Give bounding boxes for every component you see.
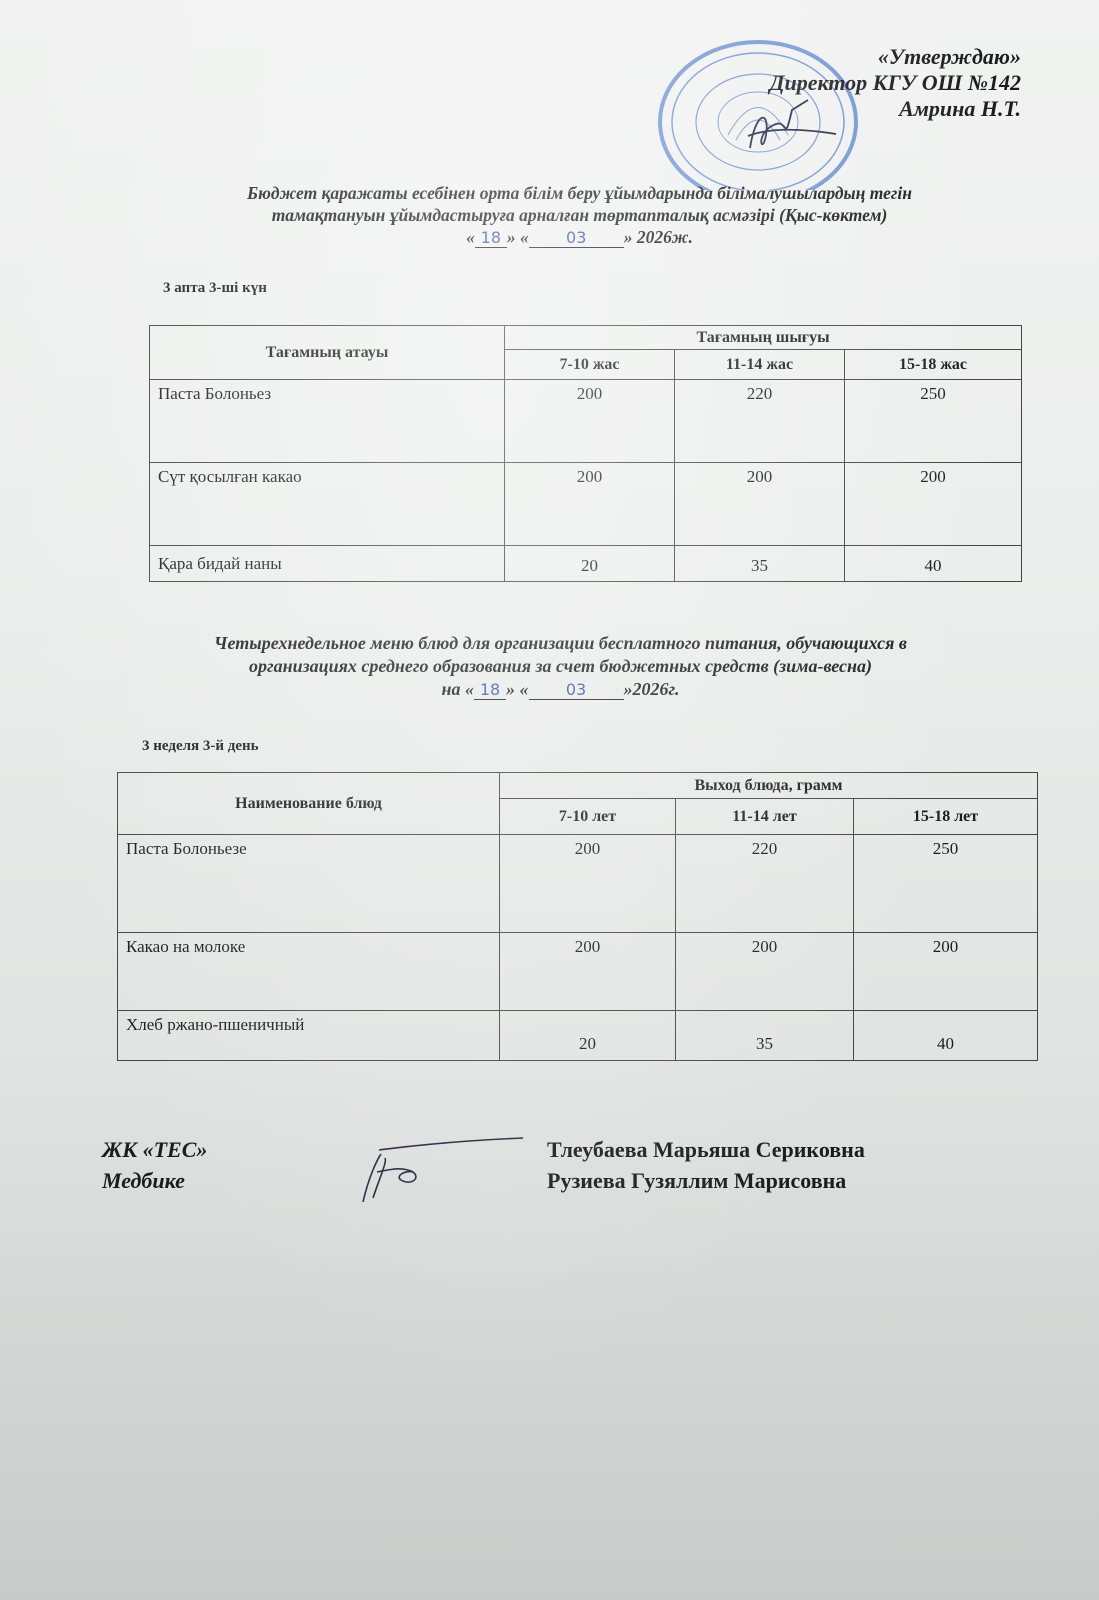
portion-value: 200 (505, 463, 675, 546)
dish-name: Хлеб ржано-пшеничный (118, 1011, 500, 1061)
portion-value: 220 (675, 380, 845, 463)
ru-menu-table: Наименование блюд Выход блюда, грамм 7-1… (117, 772, 1038, 1061)
person-name: Рузиева Гузяллим Марисовна (547, 1165, 865, 1196)
table-row: Какао на молоке 200 200 200 (118, 933, 1038, 1011)
kz-menu-table: Тағамның атауы Тағамның шығуы 7-10 жас 1… (149, 325, 1022, 582)
organization-name: ЖК «ТЕС» (102, 1134, 207, 1165)
kz-date-line: «18» «03» 2026ж. (466, 226, 693, 248)
responsible-persons: Тлеубаева Марьяша Сериковна Рузиева Гузя… (547, 1134, 865, 1196)
kz-date-mid: » « (507, 227, 529, 247)
ru-week-day-label: 3 неделя 3-й день (142, 738, 259, 755)
portion-value: 250 (845, 380, 1022, 463)
portion-value: 220 (676, 835, 854, 933)
kz-dish-name-header: Тағамның атауы (150, 326, 505, 380)
ru-age-header: 11-14 лет (676, 799, 854, 835)
kz-age-header: 15-18 жас (845, 350, 1022, 380)
portion-value: 40 (845, 546, 1022, 582)
portion-value: 200 (676, 933, 854, 1011)
ru-date-year: »2026г. (624, 679, 680, 699)
table-row: Сүт қосылған какао 200 200 200 (150, 463, 1022, 546)
table-row: Паста Болоньез 200 220 250 (150, 380, 1022, 463)
portion-value: 35 (676, 1011, 854, 1061)
portion-value: 200 (500, 835, 676, 933)
nurse-signature-icon (355, 1136, 525, 1206)
portion-value: 200 (845, 463, 1022, 546)
kz-date-month: 03 (529, 229, 624, 248)
table-row: Хлеб ржано-пшеничный 20 35 40 (118, 1011, 1038, 1061)
dish-name: Қара бидай наны (150, 546, 505, 582)
nurse-role: Медбике (102, 1165, 207, 1196)
ru-title-line-1: Четырехнедельное меню блюд для организац… (22, 632, 1099, 655)
dish-name: Какао на молоке (118, 933, 500, 1011)
approval-director-name: Амрина Н.Т. (769, 96, 1021, 122)
portion-value: 200 (675, 463, 845, 546)
kz-yield-header: Тағамның шығуы (505, 326, 1022, 350)
table-row: Қара бидай наны 20 35 40 (150, 546, 1022, 582)
scanned-document-page: «Утверждаю» Директор КГУ ОШ №142 Амрина … (0, 0, 1099, 1600)
ru-date-line: на «18» «03»2026г. (442, 678, 680, 701)
ru-dish-name-header: Наименование блюд (118, 773, 500, 835)
ru-menu-title: Четырехнедельное меню блюд для организац… (0, 632, 1099, 701)
ru-age-header: 15-18 лет (854, 799, 1038, 835)
ru-date-month: 03 (529, 681, 624, 700)
ru-yield-header: Выход блюда, грамм (500, 773, 1038, 799)
portion-value: 20 (505, 546, 675, 582)
ru-date-day: 18 (474, 681, 506, 700)
dish-name: Сүт қосылған какао (150, 463, 505, 546)
portion-value: 35 (675, 546, 845, 582)
kz-week-day-label: 3 апта 3-ші күн (163, 280, 267, 297)
ru-title-line-2: организациях среднего образования за сче… (22, 655, 1099, 678)
portion-value: 200 (505, 380, 675, 463)
person-name: Тлеубаева Марьяша Сериковна (547, 1134, 865, 1165)
dish-name: Паста Болоньез (150, 380, 505, 463)
kz-age-header: 11-14 жас (675, 350, 845, 380)
table-row: Паста Болоньезе 200 220 250 (118, 835, 1038, 933)
portion-value: 200 (854, 933, 1038, 1011)
ru-date-mid: » « (506, 679, 529, 699)
kz-date-open: « (466, 227, 475, 247)
approval-director-title: Директор КГУ ОШ №142 (769, 70, 1021, 96)
kz-title-line-1: Бюджет қаражаты есебінен орта білім беру… (60, 182, 1099, 204)
organization-block: ЖК «ТЕС» Медбике (102, 1134, 207, 1196)
ru-date-prefix: на « (442, 679, 475, 699)
kz-age-header: 7-10 жас (505, 350, 675, 380)
kz-title-line-2: тамақтануын ұйымдастыруға арналған төрта… (60, 204, 1099, 226)
approval-block: «Утверждаю» Директор КГУ ОШ №142 Амрина … (769, 44, 1021, 122)
portion-value: 40 (854, 1011, 1038, 1061)
portion-value: 200 (500, 933, 676, 1011)
ru-age-header: 7-10 лет (500, 799, 676, 835)
kz-menu-title: Бюджет қаражаты есебінен орта білім беру… (0, 182, 1099, 248)
portion-value: 250 (854, 835, 1038, 933)
approval-heading: «Утверждаю» (769, 44, 1021, 70)
kz-date-day: 18 (475, 229, 507, 248)
dish-name: Паста Болоньезе (118, 835, 500, 933)
portion-value: 20 (500, 1011, 676, 1061)
kz-date-year: » 2026ж. (624, 227, 693, 247)
